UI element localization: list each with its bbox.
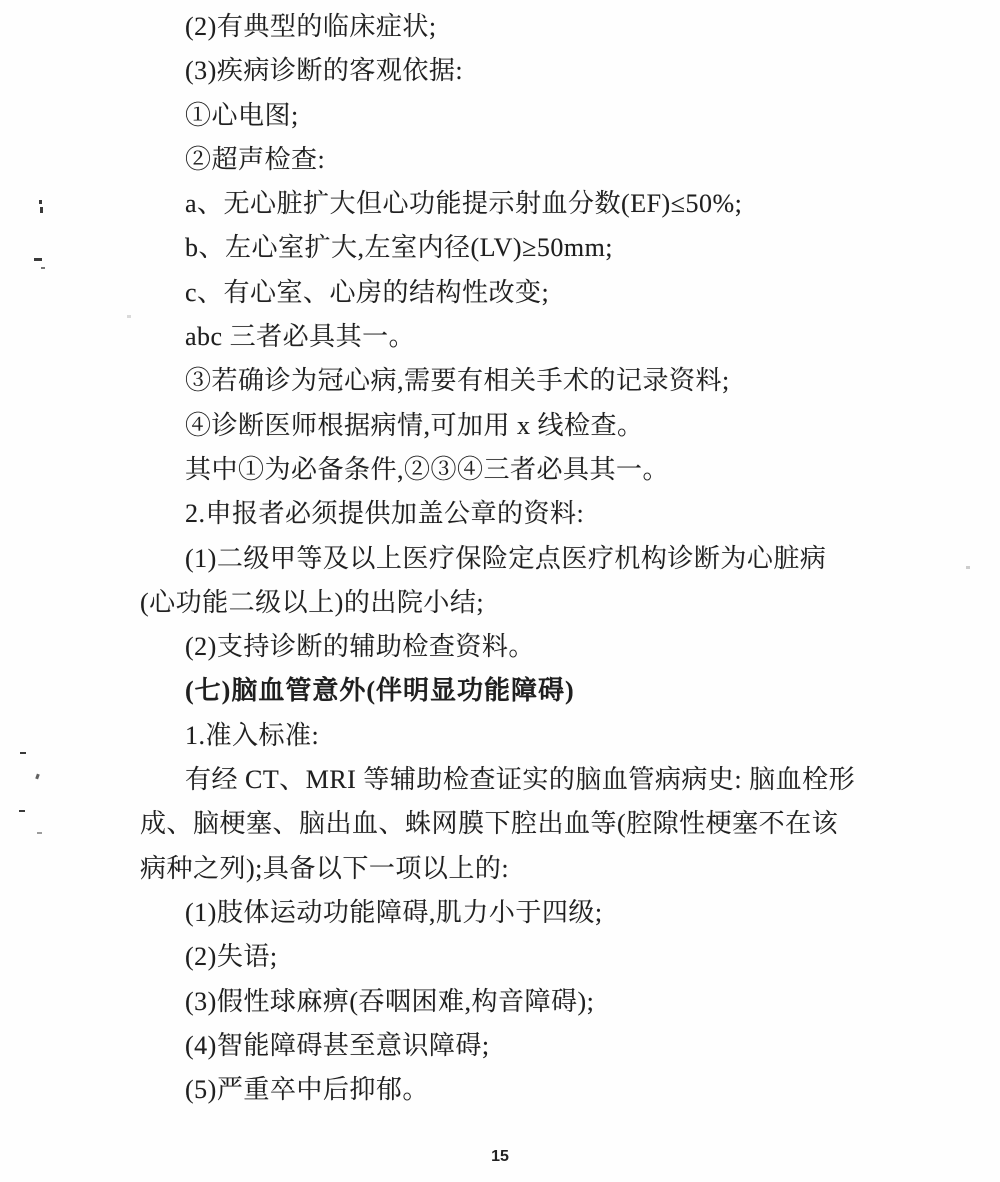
page-number: 15 bbox=[491, 1148, 509, 1165]
doc-line: 病种之列);具备以下一项以上的: bbox=[140, 847, 865, 891]
section-heading: (七)脑血管意外(伴明显功能障碍) bbox=[140, 669, 865, 713]
doc-line: a、无心脏扩大但心功能提示射血分数(EF)≤50%; bbox=[140, 182, 865, 226]
scan-artifact bbox=[39, 200, 42, 204]
scan-artifact bbox=[35, 774, 40, 780]
doc-line: (心功能二级以上)的出院小结; bbox=[140, 581, 865, 625]
scan-artifact bbox=[127, 315, 131, 318]
scan-artifact bbox=[19, 810, 25, 812]
doc-line: ③若确诊为冠心病,需要有相关手术的记录资料; bbox=[140, 359, 865, 403]
doc-line: 1.准入标准: bbox=[140, 714, 865, 758]
doc-line: 2.申报者必须提供加盖公章的资料: bbox=[140, 492, 865, 536]
scan-artifact bbox=[41, 267, 45, 269]
doc-line: 其中①为必备条件,②③④三者必具其一。 bbox=[140, 448, 865, 492]
doc-line: (1)二级甲等及以上医疗保险定点医疗机构诊断为心脏病 bbox=[140, 537, 865, 581]
doc-line: (5)严重卒中后抑郁。 bbox=[140, 1068, 865, 1112]
doc-line: (3)假性球麻痹(吞咽困难,构音障碍); bbox=[140, 980, 865, 1024]
doc-line: (1)肢体运动功能障碍,肌力小于四级; bbox=[140, 891, 865, 935]
doc-line: c、有心室、心房的结构性改变; bbox=[140, 271, 865, 315]
doc-line: 有经 CT、MRI 等辅助检查证实的脑血管病病史: 脑血栓形 bbox=[140, 758, 865, 802]
doc-line: abc 三者必具其一。 bbox=[140, 315, 865, 359]
doc-line: 成、脑梗塞、脑出血、蛛网膜下腔出血等(腔隙性梗塞不在该 bbox=[140, 802, 865, 846]
doc-line: b、左心室扩大,左室内径(LV)≥50mm; bbox=[140, 226, 865, 270]
document-text-block: (2)有典型的临床症状; (3)疾病诊断的客观依据: ①心电图; ②超声检查: … bbox=[140, 5, 865, 1112]
scanned-document-page: (2)有典型的临床症状; (3)疾病诊断的客观依据: ①心电图; ②超声检查: … bbox=[0, 0, 1000, 1182]
scan-artifact bbox=[37, 832, 42, 834]
doc-line: (2)有典型的临床症状; bbox=[140, 5, 865, 49]
scan-artifact bbox=[966, 566, 970, 569]
page-footer: 15 bbox=[0, 1148, 1000, 1166]
doc-line: (2)支持诊断的辅助检查资料。 bbox=[140, 625, 865, 669]
doc-line: (4)智能障碍甚至意识障碍; bbox=[140, 1024, 865, 1068]
doc-line: ①心电图; bbox=[140, 94, 865, 138]
doc-line: (3)疾病诊断的客观依据: bbox=[140, 49, 865, 93]
scan-artifact bbox=[40, 207, 43, 213]
scan-artifact bbox=[34, 258, 42, 261]
doc-line: ④诊断医师根据病情,可加用 x 线检查。 bbox=[140, 404, 865, 448]
doc-line: ②超声检查: bbox=[140, 138, 865, 182]
doc-line: (2)失语; bbox=[140, 935, 865, 979]
scan-artifact bbox=[20, 752, 26, 754]
